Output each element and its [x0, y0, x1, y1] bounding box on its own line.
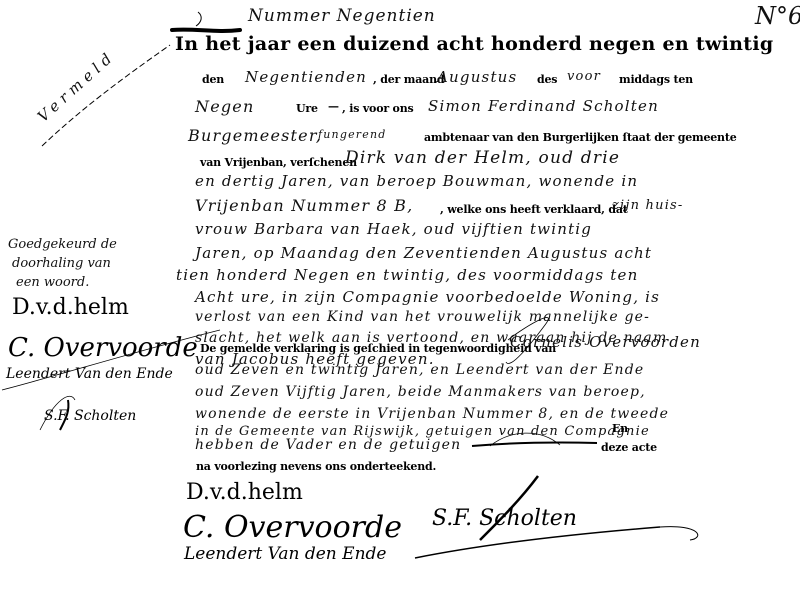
hand-father-name: Dirk van der Helm, oud drie: [345, 148, 620, 168]
hand-time-place: Acht ure, in zijn Compagnie voorbedoelde…: [195, 288, 660, 306]
print-den: den: [202, 73, 224, 86]
margin-signature-witness-1: C. Overvoorde: [8, 333, 198, 363]
print-der-maand: , der maand: [373, 73, 444, 86]
signature-witness-2: Leendert Van den Ende: [184, 544, 386, 564]
signature-official: S.F. Scholten: [432, 506, 577, 531]
hand-month: Augustus: [437, 68, 517, 86]
hand-witness-1: Cornelis Overvoorden: [510, 333, 701, 351]
hand-fungerend: fungerend: [318, 128, 387, 141]
folio-number: N°6: [755, 2, 800, 30]
hand-burgemeester: Burgemeester,: [188, 126, 322, 145]
print-dash: —: [328, 100, 339, 113]
hand-official-name: Simon Ferdinand Scholten: [428, 97, 659, 115]
print-is-voor-ons: , is voor ons: [342, 102, 413, 115]
print-van-vrijenban: van Vrijenban, verſchenen: [200, 156, 357, 169]
margin-signature-father: D.v.d.helm: [12, 295, 129, 320]
margin-signature-witness-2: Leendert Van den Ende: [6, 366, 173, 382]
print-ambtenaar: ambtenaar van den Burgerlijken ſtaat der…: [424, 131, 737, 144]
printed-title: In het jaar een duizend acht honderd neg…: [175, 33, 773, 55]
print-gemelde-verklaring: De gemelde verklaring is geſchied in teg…: [200, 342, 556, 355]
print-en: En: [612, 422, 628, 435]
hand-witness-residence: wonende de eerste in Vrijenban Nummer 8,…: [195, 406, 669, 422]
margin-approval-line-3: een woord.: [16, 275, 89, 290]
hand-year-born: tien honderd Negen en twintig, des voorm…: [176, 266, 638, 284]
record-number-heading: Nummer Negentien: [248, 6, 436, 26]
civil-record-page: N°6 Nummer Negentien In het jaar een dui…: [0, 0, 800, 600]
print-na-voorlezing: na voorlezing nevens ons onderteekend.: [196, 460, 436, 473]
signature-witness-1: C. Overvoorde: [183, 510, 402, 545]
print-ure: Ure: [296, 102, 318, 115]
hand-day: Negentienden: [245, 68, 367, 86]
hand-mother: vrouw Barbara van Haek, oud vijftien twi…: [195, 220, 592, 238]
signature-father: D.v.d.helm: [186, 480, 303, 505]
margin-diagonal-note: Vermeld: [34, 47, 119, 126]
hand-hour: Negen: [195, 97, 254, 116]
print-des: des: [537, 73, 557, 86]
hand-date-born: Jaren, op Maandag den Zeventienden Augus…: [195, 244, 652, 262]
margin-approval-line-2: doorhaling van: [12, 256, 111, 271]
print-deze-acte: deze acte: [601, 441, 657, 454]
hand-witness-1-age: oud Zeven en twintig Jaren, en Leendert …: [195, 362, 644, 378]
margin-signature-official: S.F. Scholten: [44, 408, 136, 424]
hand-zijn-huis: zijn huis-: [612, 198, 684, 213]
margin-approval-line-1: Goedgekeurd de: [8, 237, 117, 252]
hand-age-profession: en dertig Jaren, van beroep Bouwman, won…: [195, 172, 638, 190]
hand-voor: voor: [567, 69, 601, 84]
hand-vader-getuigen: hebben de Vader en de getuigen: [195, 437, 461, 453]
print-welke-ons: , welke ons heeft verklaard, dat: [440, 203, 628, 216]
hand-address: Vrijenban Nummer 8 B,: [195, 196, 413, 215]
hand-witness-2-age: oud Zeven Vijftig Jaren, beide Manmakers…: [195, 384, 646, 400]
hand-child-sex: verlost van een Kind van het vrouwelijk …: [195, 309, 650, 325]
print-middags-ten: middags ten: [619, 73, 693, 86]
